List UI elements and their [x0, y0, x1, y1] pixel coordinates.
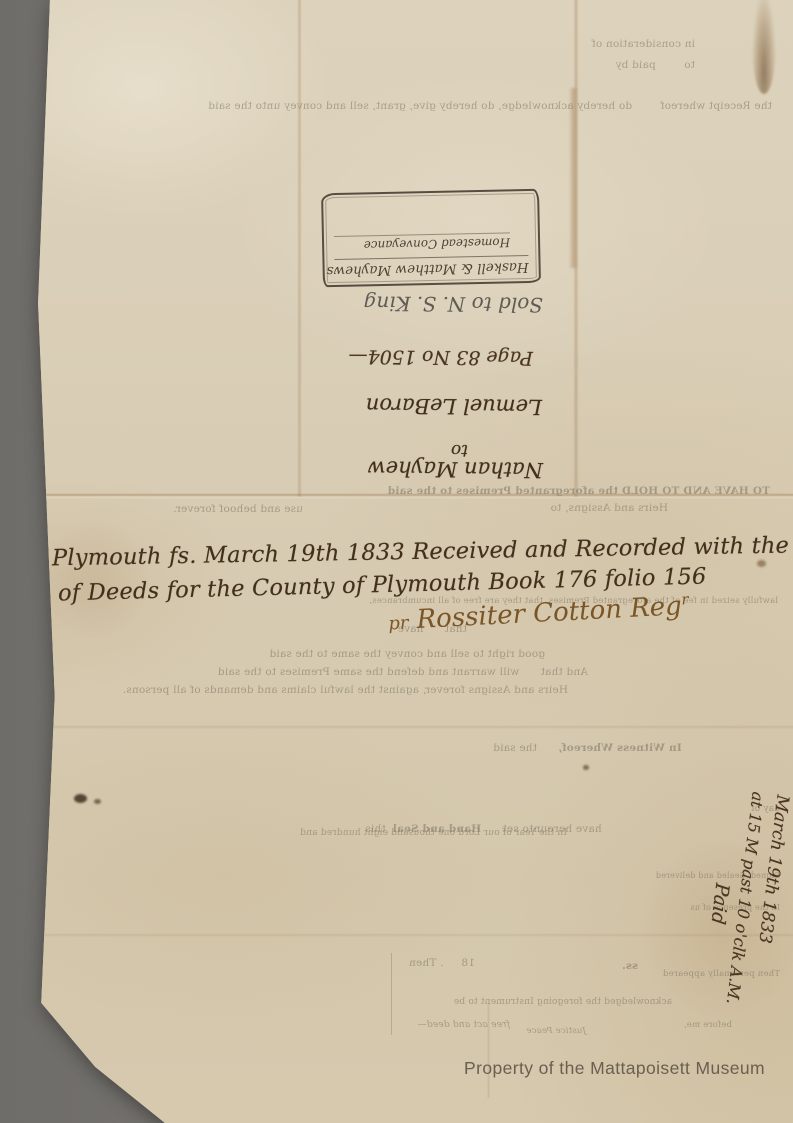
ghost-receipt-line: the Receipt whereof do hereby acknowledg…: [112, 100, 772, 113]
ghost-acknowledged: acknowledged the foregoing Instrument to…: [432, 997, 672, 1008]
registrar-signature-superscript: r: [681, 590, 689, 608]
fold-crease-stain-streak: [569, 88, 578, 268]
museum-document-photo: in consideration of to paid by the Recei…: [0, 0, 793, 1123]
ghost-heirs-assigns-to: Heirs and Assigns, to: [468, 502, 668, 515]
docket-stamp-content: Haskell & Matthew Mayhews Homestead Conv…: [333, 199, 529, 279]
stain-ink-blob-left-small: [94, 799, 101, 804]
ghost-good-right: good right to sell and convey the same t…: [200, 648, 545, 661]
ghost-ss: ss.: [608, 960, 638, 973]
docket-stamp-box: Haskell & Matthew Mayhews Homestead Conv…: [321, 189, 541, 288]
docket-grantee-name: Lemuel LeBaron: [330, 393, 542, 419]
docket-pencil-note: Sold to N. S. King: [328, 291, 543, 317]
ghost-behoof: use and behoof forever.: [118, 503, 303, 516]
ghost-then-18: 18 . Then: [385, 957, 475, 970]
registrar-signature-prefix: pr: [388, 612, 409, 634]
stain-ink-blob-left: [74, 794, 87, 803]
deed-paper-sheet: in consideration of to paid by the Recei…: [0, 0, 793, 1123]
docket-stamp-names: Haskell & Matthew Mayhews: [334, 255, 528, 279]
ghost-defend: Heirs and Assigns forever, against the l…: [68, 684, 568, 697]
stain-dot-right: [757, 560, 766, 567]
ghost-year-line: In the Year of our Lord one thousand eig…: [272, 828, 567, 839]
fold-crease-vertical-right: [573, 0, 579, 497]
filing-time-note-rotated: March 19th 1833 at 15 M past 10 o'clk A.…: [686, 787, 793, 1074]
ghost-free-act: free act and deed—: [395, 1020, 510, 1031]
ghost-warrant: And that will warrant and defend the sam…: [208, 666, 588, 679]
ghost-witness-rest: the said: [493, 742, 558, 754]
fold-crease-vertical-left: [297, 0, 302, 497]
ghost-witness-line: In Witness Whereof, the said: [425, 729, 710, 768]
ghost-paid-by: to paid by: [585, 59, 695, 72]
docket-page-reference: Page 83 No 1504—: [338, 345, 533, 369]
docket-stamp-subject: Homestead Conveyance: [334, 232, 510, 253]
paper-shadow-wrap: in consideration of to paid by the Recei…: [0, 0, 793, 1123]
ghost-habendum: TO HAVE AND TO HOLD the aforegranted Pre…: [295, 485, 770, 498]
docket-grantor-name: Nathan Mayhew: [328, 456, 543, 482]
ghost-witness-bold: In Witness Whereof,: [558, 742, 682, 754]
stain-top-right-drip: [752, 0, 776, 94]
ghost-justice: Justice Peace: [498, 1026, 586, 1037]
museum-watermark: Property of the Mattapoisett Museum: [464, 1058, 765, 1079]
ghost-consideration: in consideration of: [585, 38, 695, 51]
fold-crease-bottom-center: [487, 1003, 490, 1098]
